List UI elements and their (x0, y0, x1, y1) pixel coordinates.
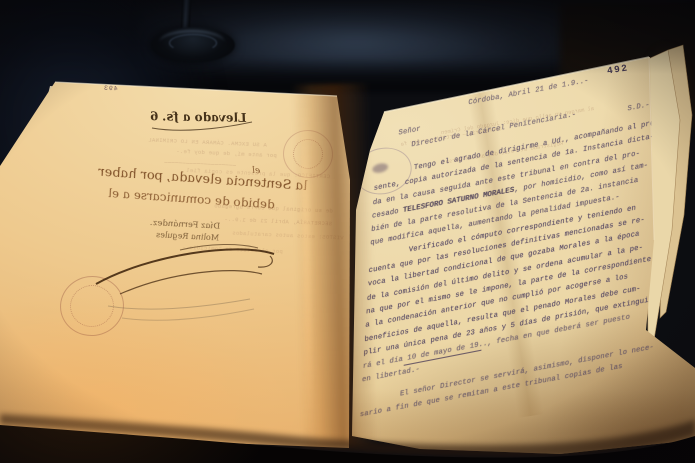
book-bottom-edge (0, 0, 695, 463)
photograph-old-court-documents: 493 A SU EXCMA. CÁMARA EN LO CRIMINAL po… (0, 0, 695, 463)
